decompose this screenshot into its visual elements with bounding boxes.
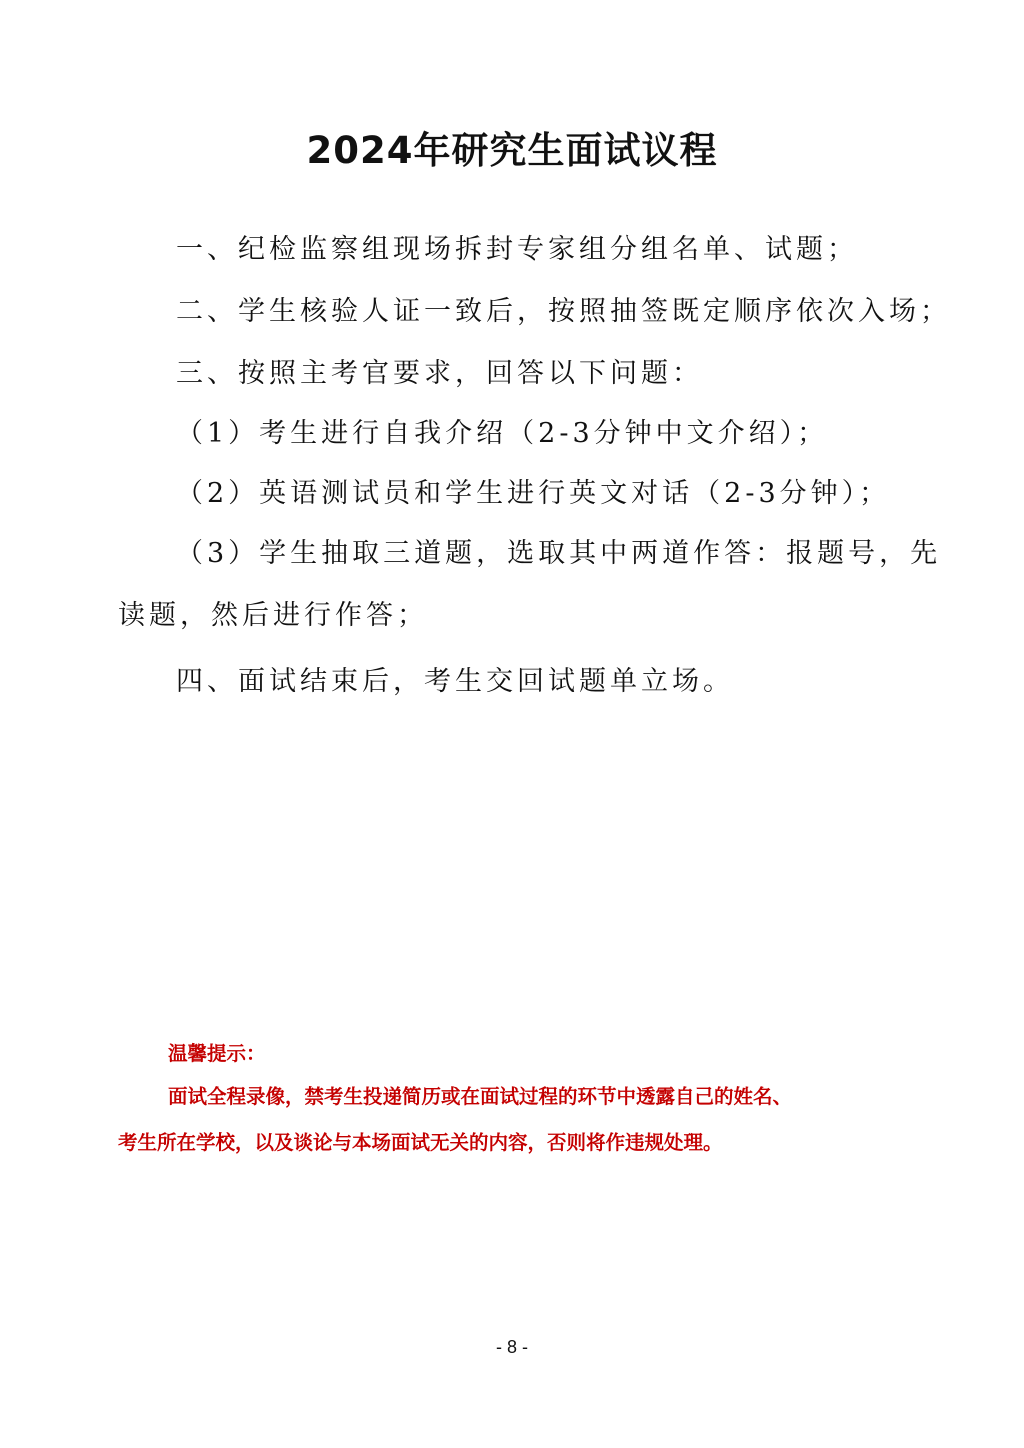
agenda-item-4: 四、面试结束后，考生交回试题单立场。 [176,662,734,702]
notice-line-1: 面试全程录像，禁考生投递简历或在面试过程的环节中透露自己的姓名、 [168,1082,792,1112]
page-number: - 8 - [0,1335,1024,1359]
notice-heading: 温馨提示： [168,1039,266,1069]
agenda-subitem-3-continued: 读题，然后进行作答； [118,596,428,636]
agenda-item-2: 二、学生核验人证一致后，按照抽签既定顺序依次入场； [176,292,951,332]
agenda-subitem-3: （3）学生抽取三道题，选取其中两道作答：报题号，先 [176,534,941,574]
page-title: 2024年研究生面试议程 [0,126,1024,176]
agenda-item-3: 三、按照主考官要求，回答以下问题： [176,354,703,394]
notice-line-2: 考生所在学校，以及谈论与本场面试无关的内容，否则将作违规处理。 [118,1128,723,1158]
agenda-subitem-2: （2）英语测试员和学生进行英文对话（2-3分钟）； [176,474,890,514]
agenda-item-1: 一、纪检监察组现场拆封专家组分组名单、试题； [176,230,858,270]
agenda-subitem-1: （1）考生进行自我介绍（2-3分钟中文介绍）； [176,414,828,454]
